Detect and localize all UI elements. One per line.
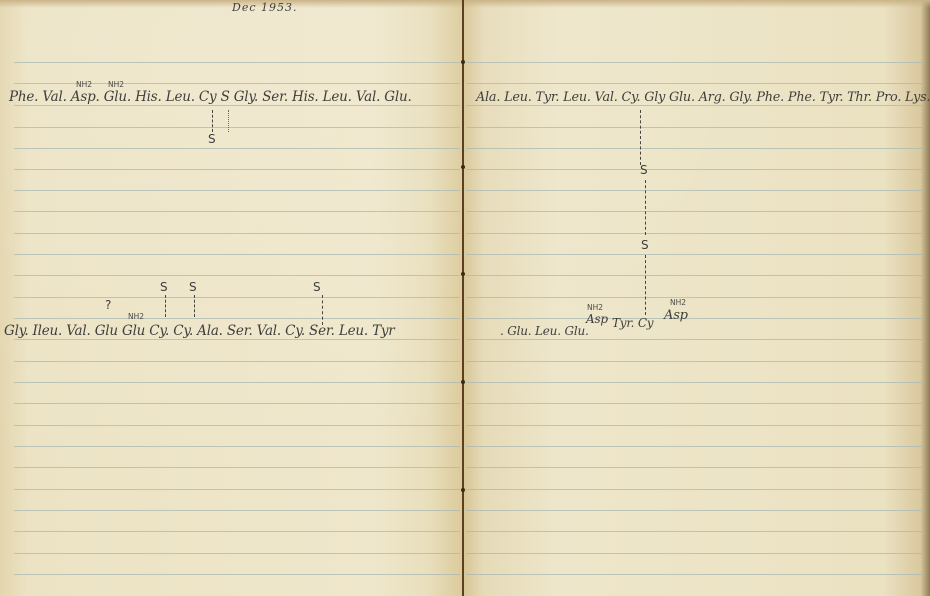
binding-stitch [461,60,465,64]
ruled-line [14,574,460,575]
notebook-spine [462,0,464,596]
disulfide-bond-dotted [228,110,229,132]
ruled-line [14,148,460,149]
ruled-line [14,318,460,319]
ruled-line [14,531,460,532]
ruled-line [466,233,924,234]
ruled-line [466,297,924,298]
ruled-line [14,403,460,404]
ruled-line [14,105,460,106]
ruled-line [14,446,460,447]
ruled-line [466,574,924,575]
ruled-line [14,233,460,234]
ruled-line [466,361,924,362]
asp-residue: Asp [586,312,608,326]
ruled-line [466,403,924,404]
disulfide-bond-dashed [212,110,213,132]
ruled-line [466,62,924,63]
right-bottom-sequence: . Glu. Leu. Glu. [500,324,589,338]
ruled-line [466,446,924,447]
ruled-line [466,190,924,191]
ruled-line [466,467,924,468]
ruled-line [14,361,460,362]
disulfide-bond-dashed [645,180,646,235]
asp-residue: Asp [664,308,688,323]
nh2-annotation-asp: NH2 [587,303,603,312]
binding-stitch [461,488,465,492]
ruled-line [466,169,924,170]
ruled-line [466,382,924,383]
disulfide-bond-dashed [165,295,166,317]
ruled-line [466,531,924,532]
disulfide-bond-dashed [322,295,323,325]
ruled-line [14,169,460,170]
ruled-line [466,254,924,255]
right-page: Ala. Leu. Tyr. Leu. Val. Cy. Gly Glu. Ar… [466,0,930,596]
ruled-line [14,467,460,468]
nh2-annotation-glu: NH2 [128,312,144,321]
ruled-line [14,190,460,191]
ruled-line [466,275,924,276]
disulfide-bond-dashed [194,295,195,317]
disulfide-bond-dashed [640,110,641,165]
right-bottom-tail: Tyr. Cy [612,316,653,330]
ruled-line [466,148,924,149]
nh2-annotation-asp: NH2 [670,298,686,307]
sulfur-label: S [640,163,648,177]
sulfur-label: S [641,238,649,252]
ruled-line [14,339,460,340]
ruled-line [14,297,460,298]
ruled-line [14,489,460,490]
binding-stitch [461,165,465,169]
sulfur-label: S [189,280,197,294]
ruled-line [14,254,460,255]
ruled-line [466,339,924,340]
date-heading: Dec 1953. [232,1,297,14]
ruled-line [466,127,924,128]
question-annotation: ? [105,298,111,312]
ruled-line [14,425,460,426]
nh2-annotation-asp: NH2 [76,80,92,89]
ruled-line [14,127,460,128]
ruled-line [466,425,924,426]
ruled-line [466,211,924,212]
ruled-line [466,105,924,106]
ruled-line [466,489,924,490]
ruled-line [466,83,924,84]
ruled-line [14,62,460,63]
ruled-line [14,382,460,383]
right-top-sequence: Ala. Leu. Tyr. Leu. Val. Cy. Gly Glu. Ar… [476,90,930,105]
notebook-spread: Dec 1953. NH2 NH2 Phe. Val. Asp. Glu. Hi… [0,0,930,596]
ruled-line [14,275,460,276]
left-top-sequence: Phe. Val. Asp. Glu. His. Leu. Cy S Gly. … [9,89,412,105]
ruled-line [466,510,924,511]
binding-stitch [461,380,465,384]
left-bottom-sequence: Gly. Ileu. Val. Glu Glu Cy. Cy. Ala. Ser… [4,323,395,339]
sulfur-label: S [208,132,216,146]
ruled-line [14,553,460,554]
ruled-line [14,510,460,511]
ruled-line [466,318,924,319]
nh2-annotation-glu: NH2 [108,80,124,89]
sulfur-label: S [160,280,168,294]
ruled-line [14,211,460,212]
sulfur-label: S [313,280,321,294]
disulfide-bond-dashed [645,255,646,315]
ruled-line [466,553,924,554]
binding-stitch [461,272,465,276]
left-page: Dec 1953. NH2 NH2 Phe. Val. Asp. Glu. Hi… [0,0,462,596]
